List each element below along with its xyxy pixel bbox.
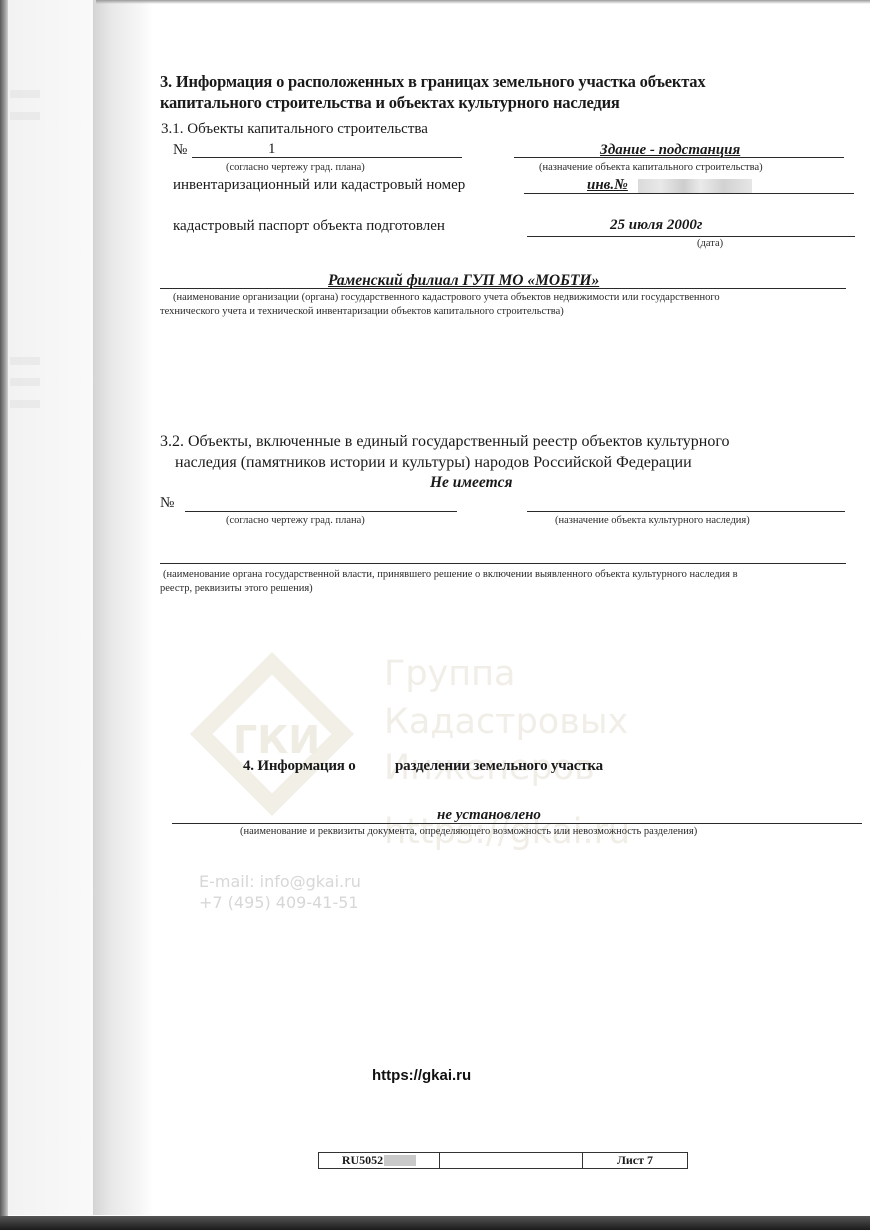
document-page: ГКИ Группа Кадастровых Инженеров https:/… (0, 0, 870, 1230)
cultural-heritage-status: Не имеется (430, 474, 513, 492)
heritage-authority-line (160, 563, 846, 564)
section32-heading-line2: наследия (памятников истории и культуры)… (175, 454, 692, 472)
passport-date-value: 25 июля 2000г (610, 217, 702, 234)
heritage-authority-caption-line1: (наименование органа государственной вла… (163, 569, 738, 580)
footer-doc-code-redacted (384, 1155, 416, 1166)
object-number-line (192, 157, 462, 158)
organization-caption-line1: (наименование организации (органа) госуд… (173, 292, 720, 303)
watermark-line-2: Кадастровых (384, 702, 628, 742)
watermark-line-1: Группа (384, 654, 516, 694)
inventory-number-prefix: инв.№ (587, 177, 628, 194)
section3-title-line2: капитального строительства и объектах ку… (160, 93, 620, 113)
cadastral-passport-label: кадастровый паспорт объекта подготовлен (173, 218, 445, 235)
division-status-value: не установлено (437, 807, 541, 824)
watermark-logo-text: ГКИ (233, 718, 320, 762)
object-number-value: 1 (268, 141, 276, 158)
watermark-email: E-mail: info@gkai.ru (199, 871, 361, 892)
footer-doc-code-cell: RU5052 (319, 1153, 440, 1168)
footer-middle-cell (440, 1153, 583, 1168)
watermark-contacts: E-mail: info@gkai.ru +7 (495) 409-41-51 (199, 871, 361, 913)
inventory-number-line (524, 193, 854, 194)
heritage-number-caption: (согласно чертежу град. плана) (226, 515, 365, 526)
heritage-number-prefix: № (160, 495, 174, 512)
section3-title-line1: 3. Информация о расположенных в границах… (160, 72, 705, 92)
footer-stamp-table: RU5052 Лист 7 (318, 1152, 688, 1169)
division-document-caption: (наименование и реквизиты документа, опр… (240, 826, 697, 837)
footer-sheet-number: Лист 7 (583, 1153, 687, 1168)
object-purpose-value: Здание - подстанция (600, 142, 740, 159)
organization-caption-line2: технического учета и технической инвента… (160, 306, 564, 317)
inventory-number-redacted (638, 179, 752, 193)
object-number-caption: (согласно чертежу град. плана) (226, 162, 365, 173)
site-link[interactable]: https://gkai.ru (372, 1067, 471, 1084)
section32-heading-line1: 3.2. Объекты, включенные в единый госуда… (160, 433, 730, 451)
passport-date-caption: (дата) (697, 238, 723, 249)
heritage-purpose-caption: (назначение объекта культурного наследия… (555, 515, 750, 526)
section4-title-part2: разделении земельного участка (395, 758, 603, 775)
heritage-authority-caption-line2: реестр, реквизиты этого решения) (160, 583, 313, 594)
heritage-purpose-line (527, 511, 845, 512)
heritage-number-line (185, 511, 457, 512)
section31-heading: 3.1. Объекты капитального строительства (161, 121, 428, 138)
scan-bottom-edge (0, 1216, 870, 1230)
organization-value: Раменский филиал ГУП МО «МОБТИ» (328, 272, 599, 290)
passport-date-line (527, 236, 855, 237)
object-purpose-caption: (назначение объекта капитального строите… (539, 162, 763, 173)
object-number-prefix: № (173, 142, 187, 159)
inventory-number-label: инвентаризационный или кадастровый номер (173, 177, 465, 194)
section4-title-part1: 4. Информация о (243, 758, 356, 775)
watermark-phone: +7 (495) 409-41-51 (199, 892, 361, 913)
footer-doc-code: RU5052 (342, 1153, 383, 1168)
